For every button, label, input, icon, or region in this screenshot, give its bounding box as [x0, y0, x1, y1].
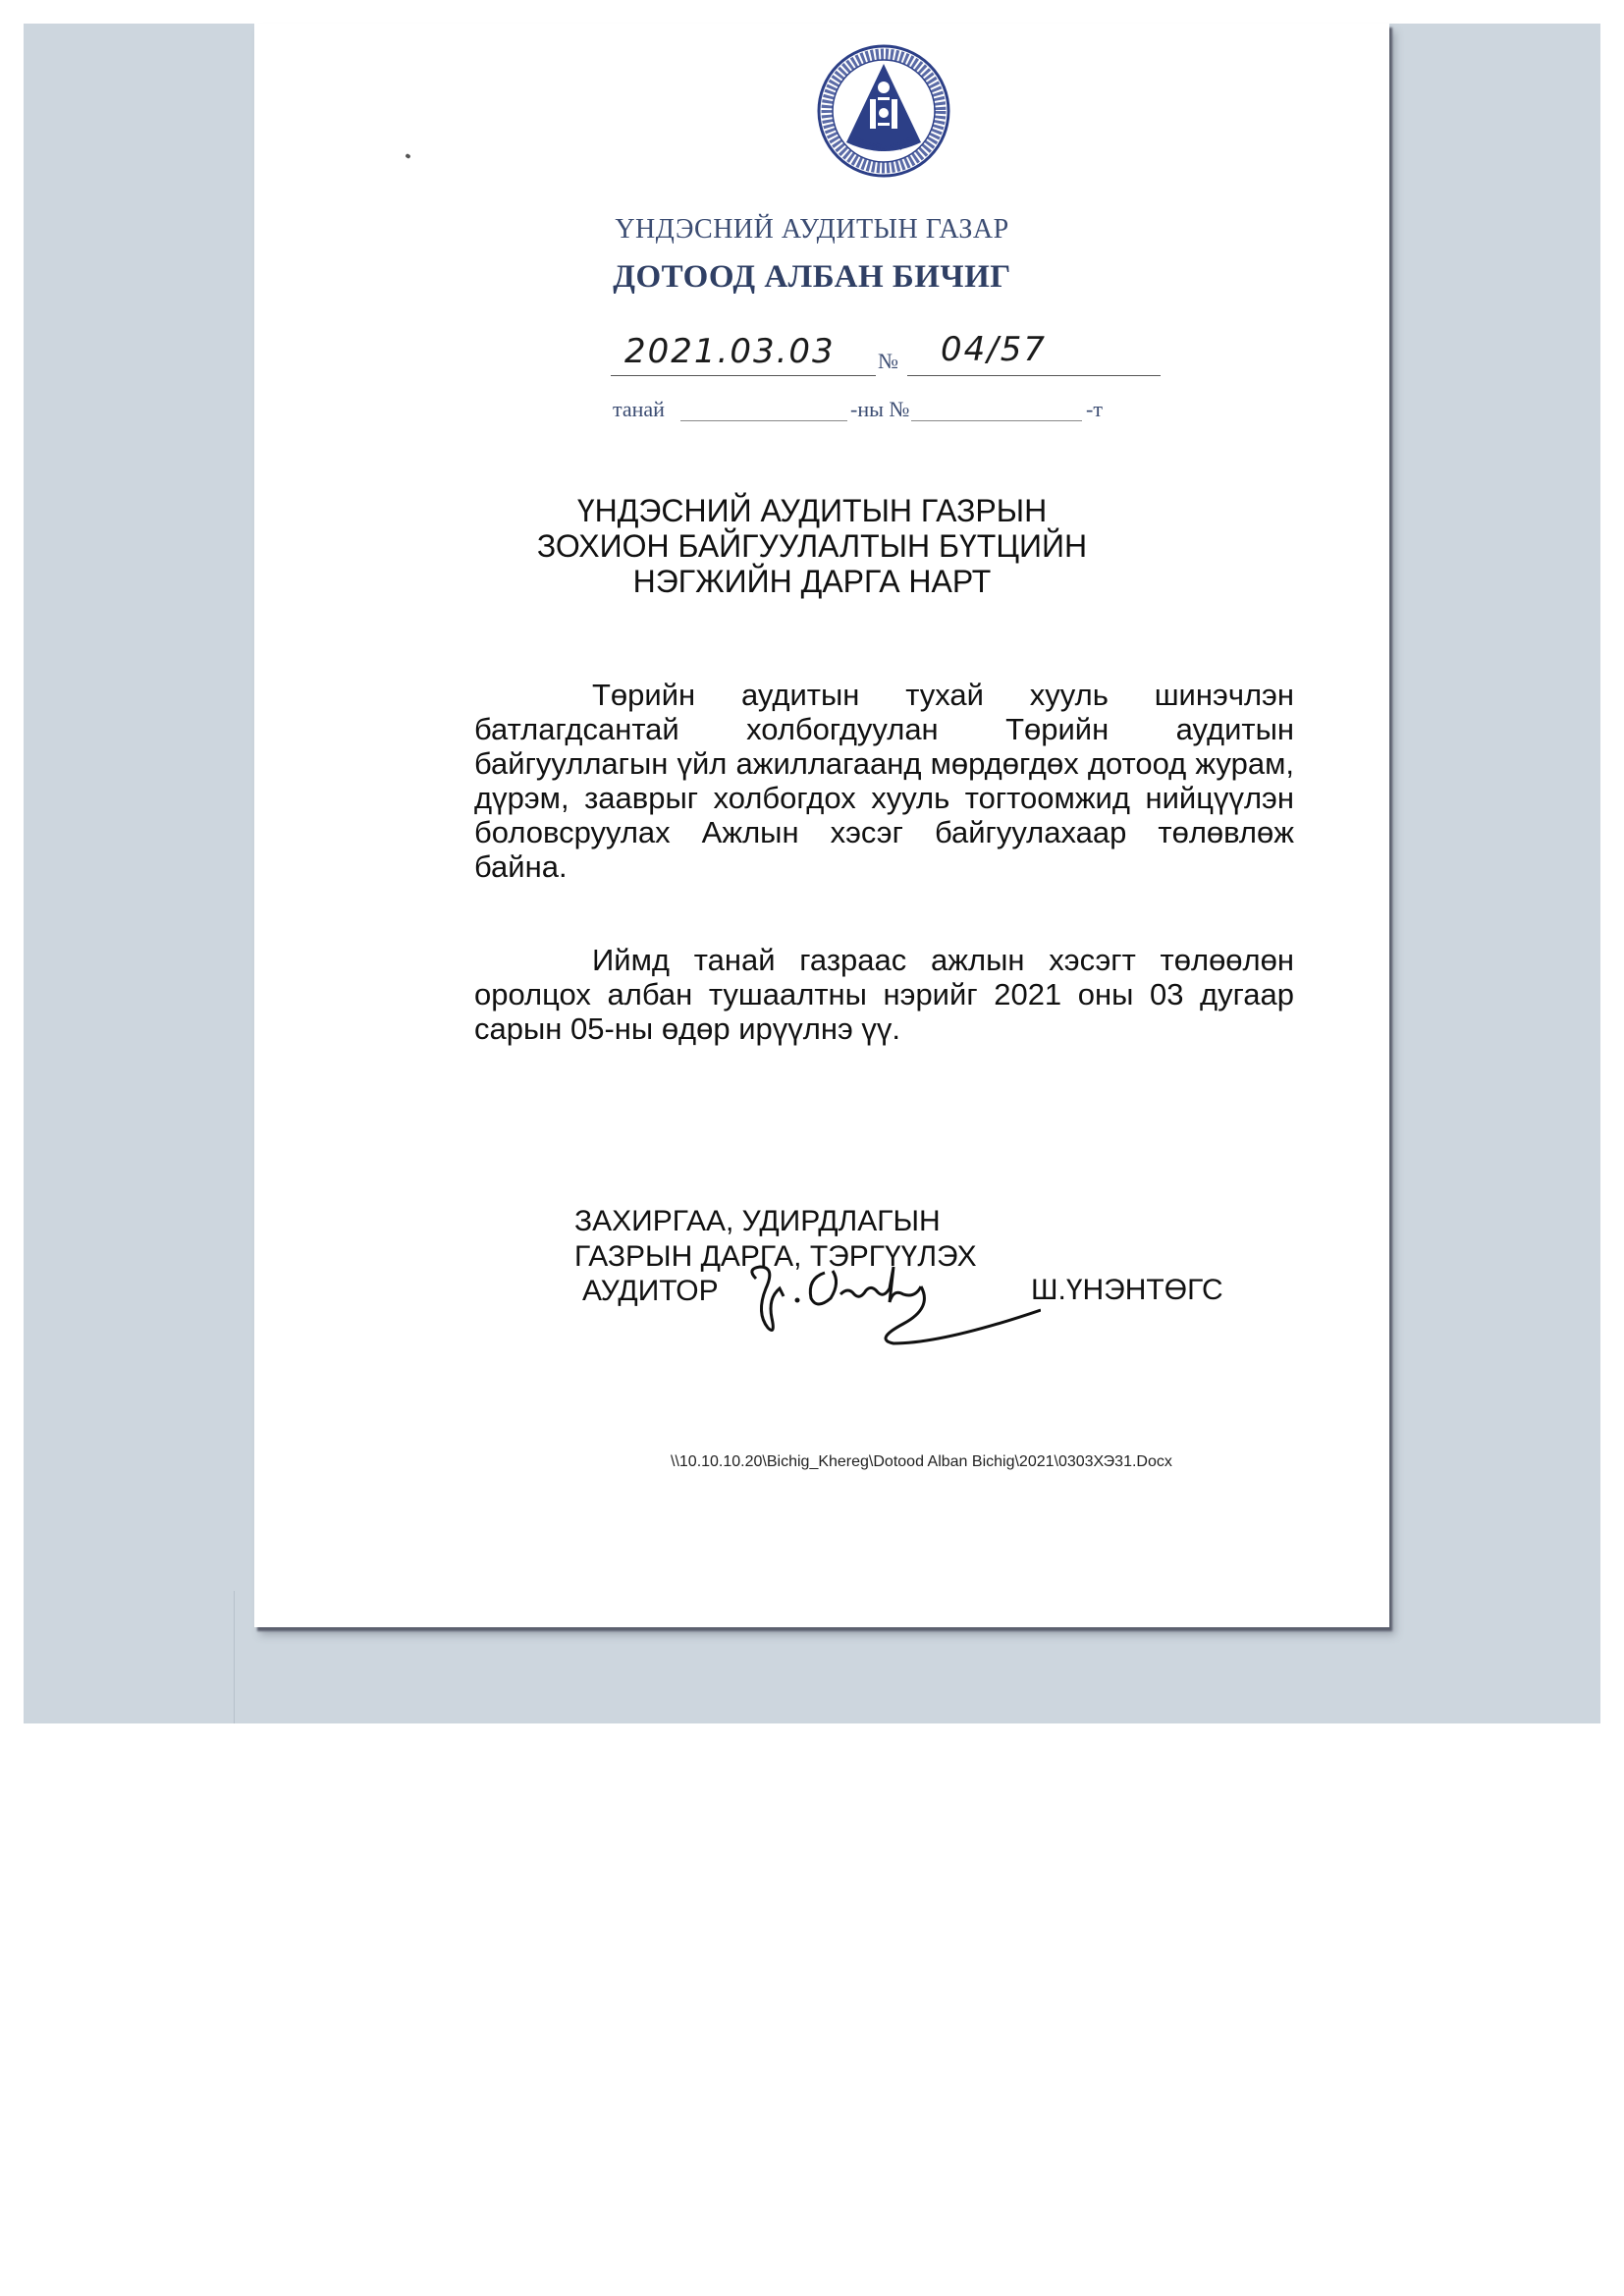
- signatory-name: Ш.ҮНЭНТӨГС: [1031, 1274, 1223, 1307]
- document-type-title: ДОТООД АЛБАН БИЧИГ: [0, 259, 1624, 296]
- date-underline: [611, 375, 876, 376]
- number-label: №: [878, 349, 898, 374]
- file-path-footer: \\10.10.10.20\Bichig_Khereg\Dotood Alban…: [671, 1453, 1172, 1471]
- paragraph-text: Төрийн аудитын тухай хууль шинэчлэн батл…: [474, 678, 1294, 884]
- reply-mid: -ны №: [850, 397, 909, 422]
- body-paragraph-2: Иймд танай газраас ажлын хэсэгт төлөөлөн…: [474, 943, 1294, 1046]
- reply-prefix: танай: [613, 397, 665, 422]
- number-underline: [907, 375, 1161, 376]
- handwritten-number: 04/57: [941, 330, 1047, 369]
- addressee-block: ҮНДЭСНИЙ АУДИТЫН ГАЗРЫН ЗОХИОН БАЙГУУЛАЛ…: [0, 493, 1624, 599]
- addressee-line: НЭГЖИЙН ДАРГА НАРТ: [0, 564, 1624, 599]
- addressee-line: ЗОХИОН БАЙГУУЛАЛТЫН БҮТЦИЙН: [0, 528, 1624, 564]
- reply-ref-underline: [680, 420, 847, 421]
- handwritten-signature: [746, 1259, 1041, 1347]
- body-paragraph-1: Төрийн аудитын тухай хууль шинэчлэн батл…: [474, 678, 1294, 884]
- organization-name: ҮНДЭСНИЙ АУДИТЫН ГАЗАР: [0, 214, 1624, 246]
- state-audit-emblem-icon: ТӨРИЙН АУДИТ: [817, 44, 950, 178]
- reply-number-underline: [911, 420, 1082, 421]
- reply-suffix: -т: [1086, 397, 1103, 422]
- signatory-title-line: ЗАХИРГАА, УДИРДЛАГЫН: [574, 1204, 977, 1239]
- scan-fold-line: [234, 1591, 235, 1723]
- paragraph-text: Иймд танай газраас ажлын хэсэгт төлөөлөн…: [474, 943, 1294, 1046]
- handwritten-date: 2021.03.03: [624, 332, 836, 371]
- addressee-line: ҮНДЭСНИЙ АУДИТЫН ГАЗРЫН: [0, 493, 1624, 528]
